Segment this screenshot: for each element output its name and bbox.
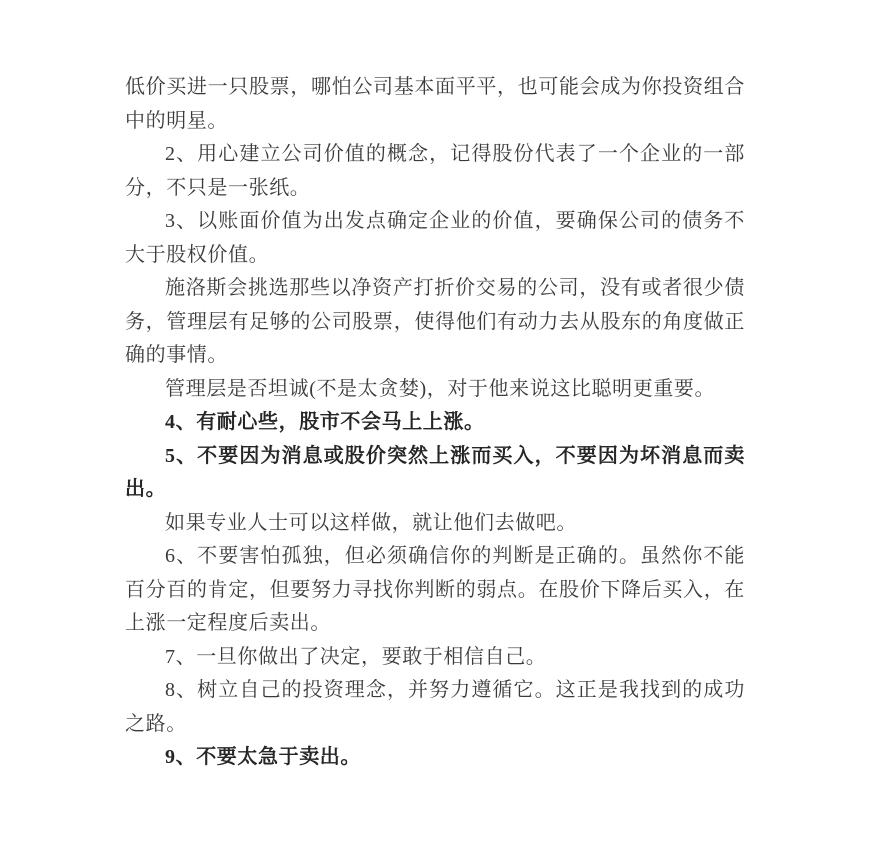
document-page: 低价买进一只股票，哪怕公司基本面平平，也可能会成为你投资组合中的明星。 2、用心…	[125, 71, 745, 775]
paragraph-rule-2: 2、用心建立公司价值的概念，记得股份代表了一个企业的一部分，不只是一张纸。	[125, 138, 745, 205]
paragraph-professionals-note: 如果专业人士可以这样做，就让他们去做吧。	[125, 507, 745, 541]
paragraph-schloss-note: 施洛斯会挑选那些以净资产打折价交易的公司，没有或者很少债务，管理层有足够的公司股…	[125, 272, 745, 373]
paragraph-management-note: 管理层是否坦诚(不是太贪婪)，对于他来说这比聪明更重要。	[125, 373, 745, 407]
paragraph-continuation: 低价买进一只股票，哪怕公司基本面平平，也可能会成为你投资组合中的明星。	[125, 71, 745, 138]
paragraph-rule-4: 4、有耐心些，股市不会马上上涨。	[125, 406, 745, 440]
paragraph-rule-3: 3、以账面价值为出发点确定企业的价值，要确保公司的债务不大于股权价值。	[125, 205, 745, 272]
paragraph-rule-9: 9、不要太急于卖出。	[125, 741, 745, 775]
paragraph-rule-6: 6、不要害怕孤独，但必须确信你的判断是正确的。虽然你不能百分百的肯定，但要努力寻…	[125, 540, 745, 641]
paragraph-rule-8: 8、树立自己的投资理念，并努力遵循它。这正是我找到的成功之路。	[125, 674, 745, 741]
paragraph-rule-5: 5、不要因为消息或股价突然上涨而买入，不要因为坏消息而卖出。	[125, 440, 745, 507]
paragraph-rule-7: 7、一旦你做出了决定，要敢于相信自己。	[125, 641, 745, 675]
